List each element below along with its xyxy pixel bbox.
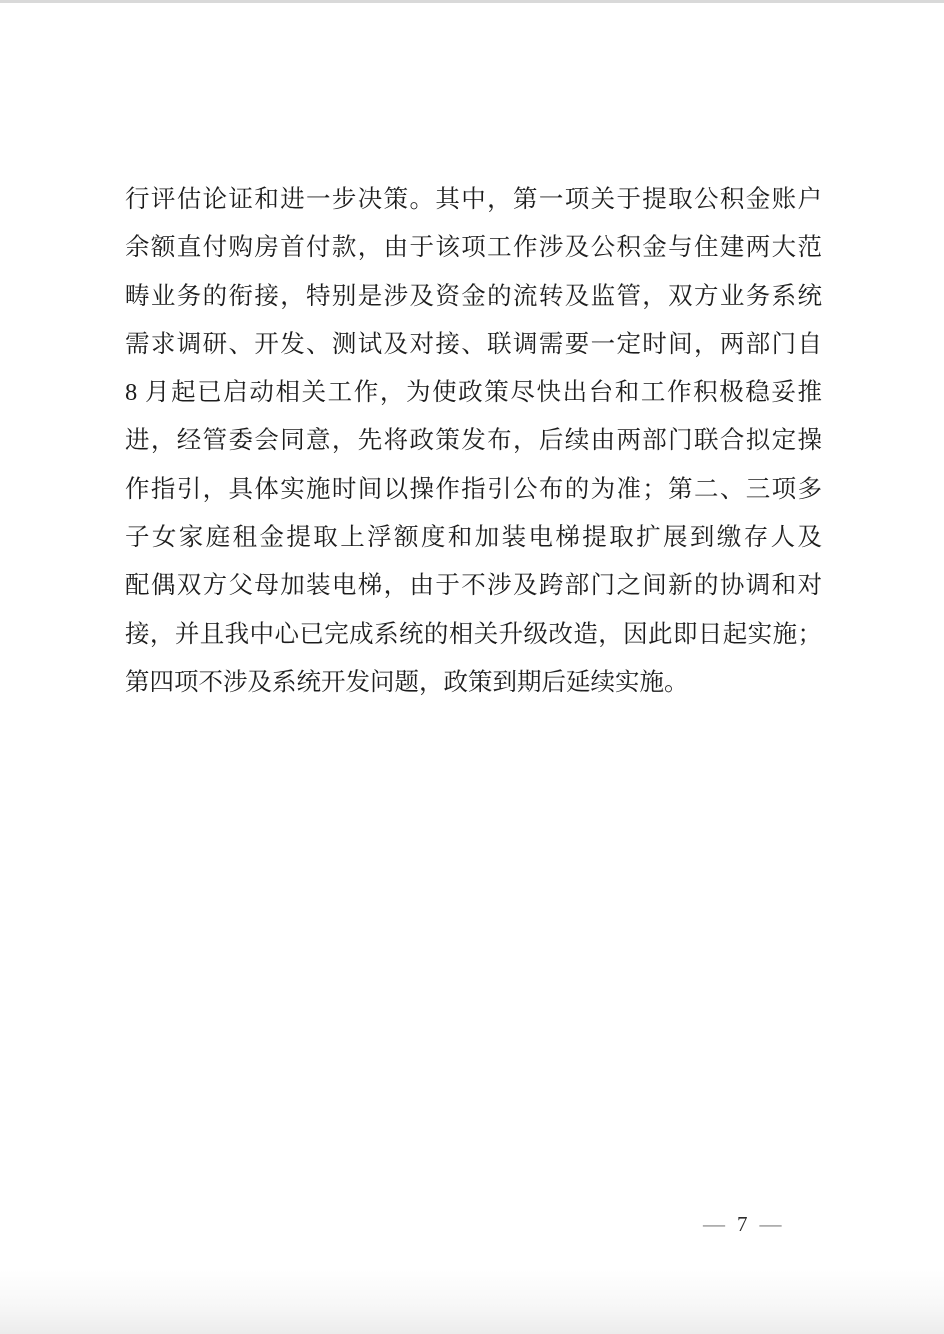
body-text-line: 行评估论证和进一步决策。其中，第一项关于提取公积金账户	[125, 176, 822, 224]
footer-dash-right: —	[760, 1211, 782, 1236]
document-page: 行评估论证和进一步决策。其中，第一项关于提取公积金账户 余额直付购房首付款，由于…	[0, 0, 944, 1334]
page-bottom-shadow	[0, 1270, 944, 1334]
body-text-line: 畴业务的衔接，特别是涉及资金的流转及监管，双方业务系统	[125, 273, 822, 321]
body-text-line: 余额直付购房首付款，由于该项工作涉及公积金与住建两大范	[125, 224, 822, 272]
page-top-edge	[0, 0, 944, 3]
body-text: 行评估论证和进一步决策。其中，第一项关于提取公积金账户 余额直付购房首付款，由于…	[125, 176, 822, 707]
body-text-line: 作指引，具体实施时间以操作指引公布的为准；第二、三项多	[125, 466, 822, 514]
body-text-line: 接，并且我中心已完成系统的相关升级改造，因此即日起实施；	[125, 611, 822, 659]
body-text-line: 8 月起已启动相关工作，为使政策尽快出台和工作积极稳妥推	[125, 369, 822, 417]
body-text-line: 进，经管委会同意，先将政策发布，后续由两部门联合拟定操	[125, 417, 822, 465]
body-text-last-line: 第四项不涉及系统开发问题，政策到期后延续实施。	[125, 659, 822, 707]
page-number: 7	[737, 1212, 748, 1236]
body-text-line: 需求调研、开发、测试及对接、联调需要一定时间，两部门自	[125, 321, 822, 369]
body-text-line: 子女家庭租金提取上浮额度和加装电梯提取扩展到缴存人及	[125, 514, 822, 562]
page-footer: —7—	[703, 1210, 782, 1238]
body-text-line: 配偶双方父母加装电梯，由于不涉及跨部门之间新的协调和对	[125, 562, 822, 610]
footer-dash-left: —	[703, 1211, 725, 1236]
